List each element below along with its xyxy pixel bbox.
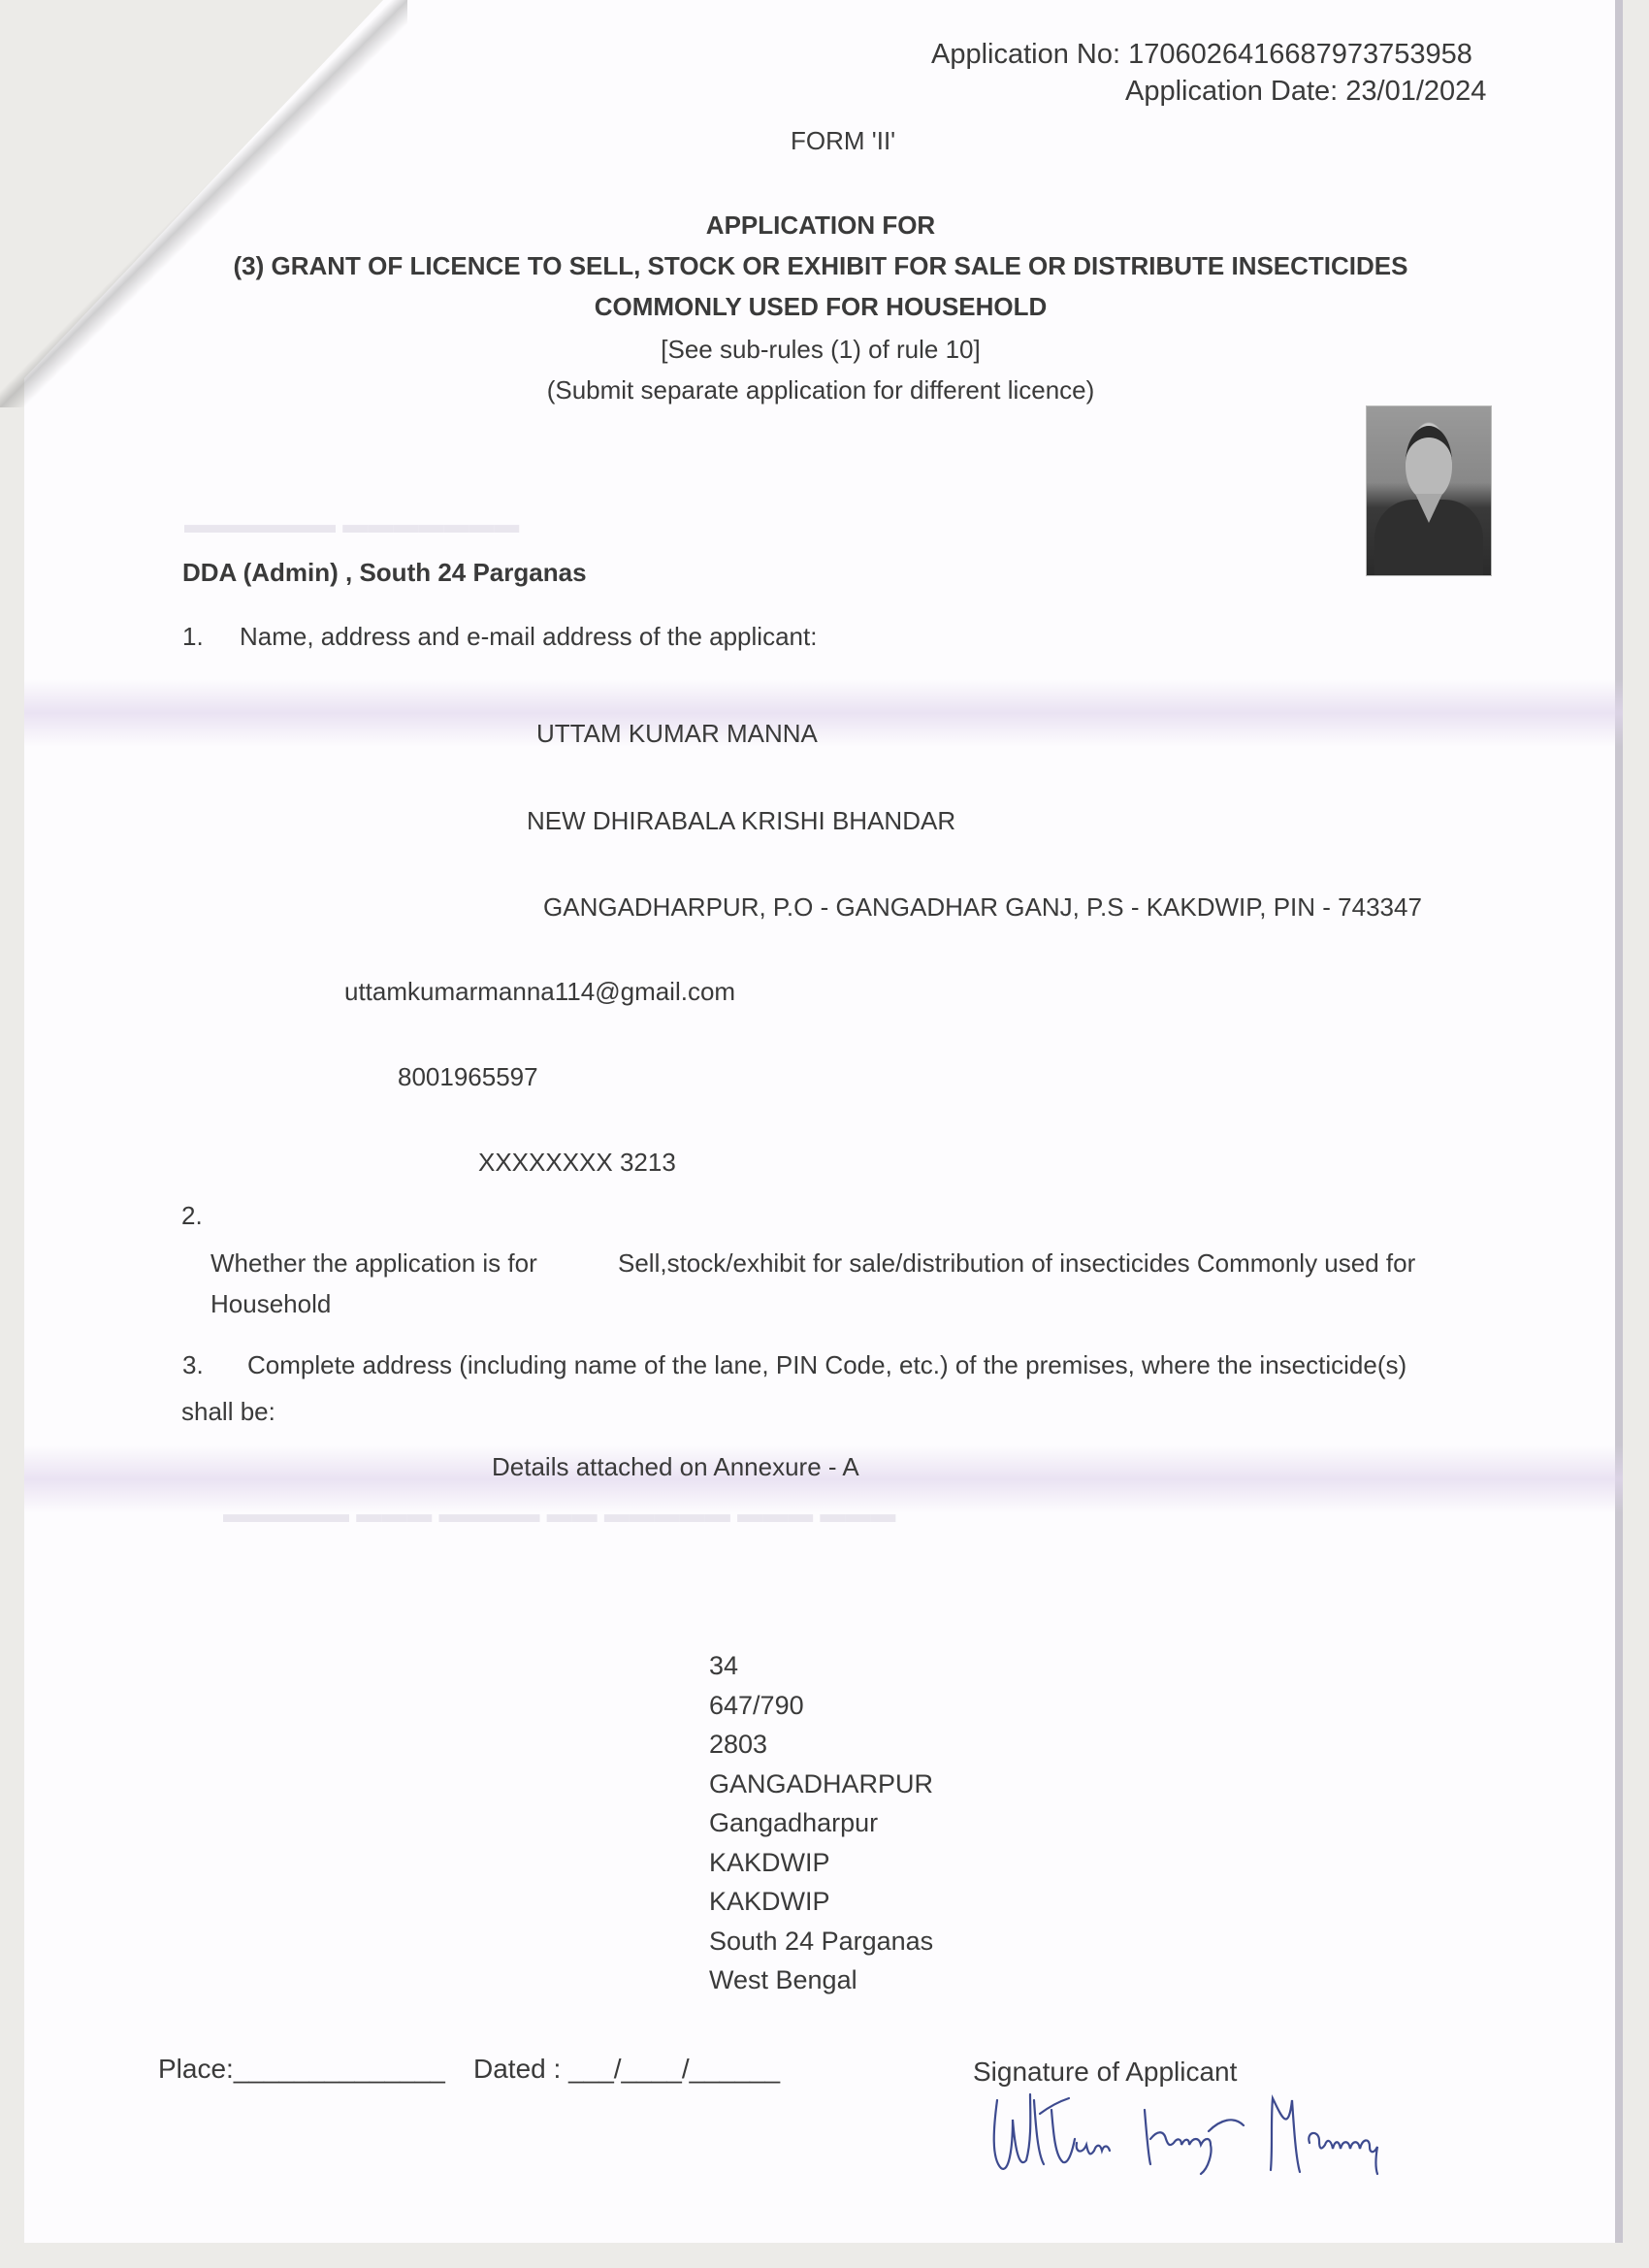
place-field: Place:______________ — [158, 2054, 445, 2085]
applicant-id-number: XXXXXXXX 3213 — [478, 1148, 676, 1178]
title-line-3: COMMONLY USED FOR HOUSEHOLD — [0, 292, 1645, 322]
premises-address-line: KAKDWIP — [709, 1882, 933, 1922]
title-line-1: APPLICATION FOR — [0, 211, 1645, 241]
premises-address-line: Gangadharpur — [709, 1803, 933, 1843]
photo-head-shape — [1406, 426, 1452, 500]
section-2-answer: Sell,stock/exhibit for sale/distribution… — [618, 1248, 1415, 1279]
licensing-authority: DDA (Admin) , South 24 Parganas — [182, 558, 587, 588]
section-2-answer-continued: Household — [210, 1289, 331, 1319]
place-label: Place: — [158, 2054, 234, 2084]
premises-address-line: 647/790 — [709, 1686, 933, 1726]
section-3-question: Complete address (including name of the … — [247, 1350, 1406, 1380]
applicant-email: uttamkumarmanna114@gmail.com — [344, 977, 735, 1007]
section-3-number: 3. — [182, 1350, 204, 1380]
place-blank: ______________ — [234, 2054, 445, 2084]
dated-label: Dated : — [473, 2054, 561, 2084]
section-3-question-continued: shall be: — [181, 1397, 275, 1427]
premises-address-line: South 24 Parganas — [709, 1922, 933, 1961]
section-1-question: Name, address and e-mail address of the … — [240, 622, 817, 652]
premises-address-block: 34 647/790 2803 GANGADHARPUR Gangadharpu… — [709, 1646, 933, 2000]
application-date: Application Date: 23/01/2024 — [1125, 76, 1486, 108]
application-number: Application No: 1706026416687973753958 — [931, 39, 1472, 71]
section-3-answer: Details attached on Annexure - A — [492, 1452, 859, 1482]
business-name: NEW DHIRABALA KRISHI BHANDAR — [527, 806, 955, 836]
subtitle-note: (Submit separate application for differe… — [0, 375, 1645, 405]
dated-blank: ___/____/______ — [568, 2054, 780, 2084]
applicant-signature-icon — [980, 2081, 1542, 2187]
section-1-number: 1. — [182, 622, 204, 652]
applicant-photo — [1366, 405, 1492, 576]
section-2-number: 2. — [181, 1201, 203, 1231]
applicant-address: GANGADHARPUR, P.O - GANGADHAR GANJ, P.S … — [543, 892, 1422, 923]
subtitle-rule: [See sub-rules (1) of rule 10] — [0, 335, 1645, 365]
section-2-question: Whether the application is for — [210, 1248, 537, 1279]
premises-address-line: West Bengal — [709, 1960, 933, 2000]
title-line-2: (3) GRANT OF LICENCE TO SELL, STOCK OR E… — [0, 251, 1645, 281]
bleed-through-text: ▬▬▬▬▬▬ ▬▬▬▬▬▬▬ — [184, 509, 519, 539]
premises-address-line: 2803 — [709, 1725, 933, 1765]
applicant-name: UTTAM KUMAR MANNA — [536, 719, 818, 749]
premises-address-line: 34 — [709, 1646, 933, 1686]
premises-address-line: GANGADHARPUR — [709, 1765, 933, 1804]
applicant-phone: 8001965597 — [398, 1062, 538, 1092]
premises-address-line: KAKDWIP — [709, 1843, 933, 1883]
bleed-through-text: ▬▬▬▬▬ ▬▬▬ ▬▬▬▬ ▬▬ ▬▬▬▬▬ ▬▬▬ ▬▬▬ — [223, 1499, 895, 1529]
form-name: FORM 'II' — [791, 126, 895, 156]
dated-field: Dated : ___/____/______ — [473, 2054, 780, 2085]
